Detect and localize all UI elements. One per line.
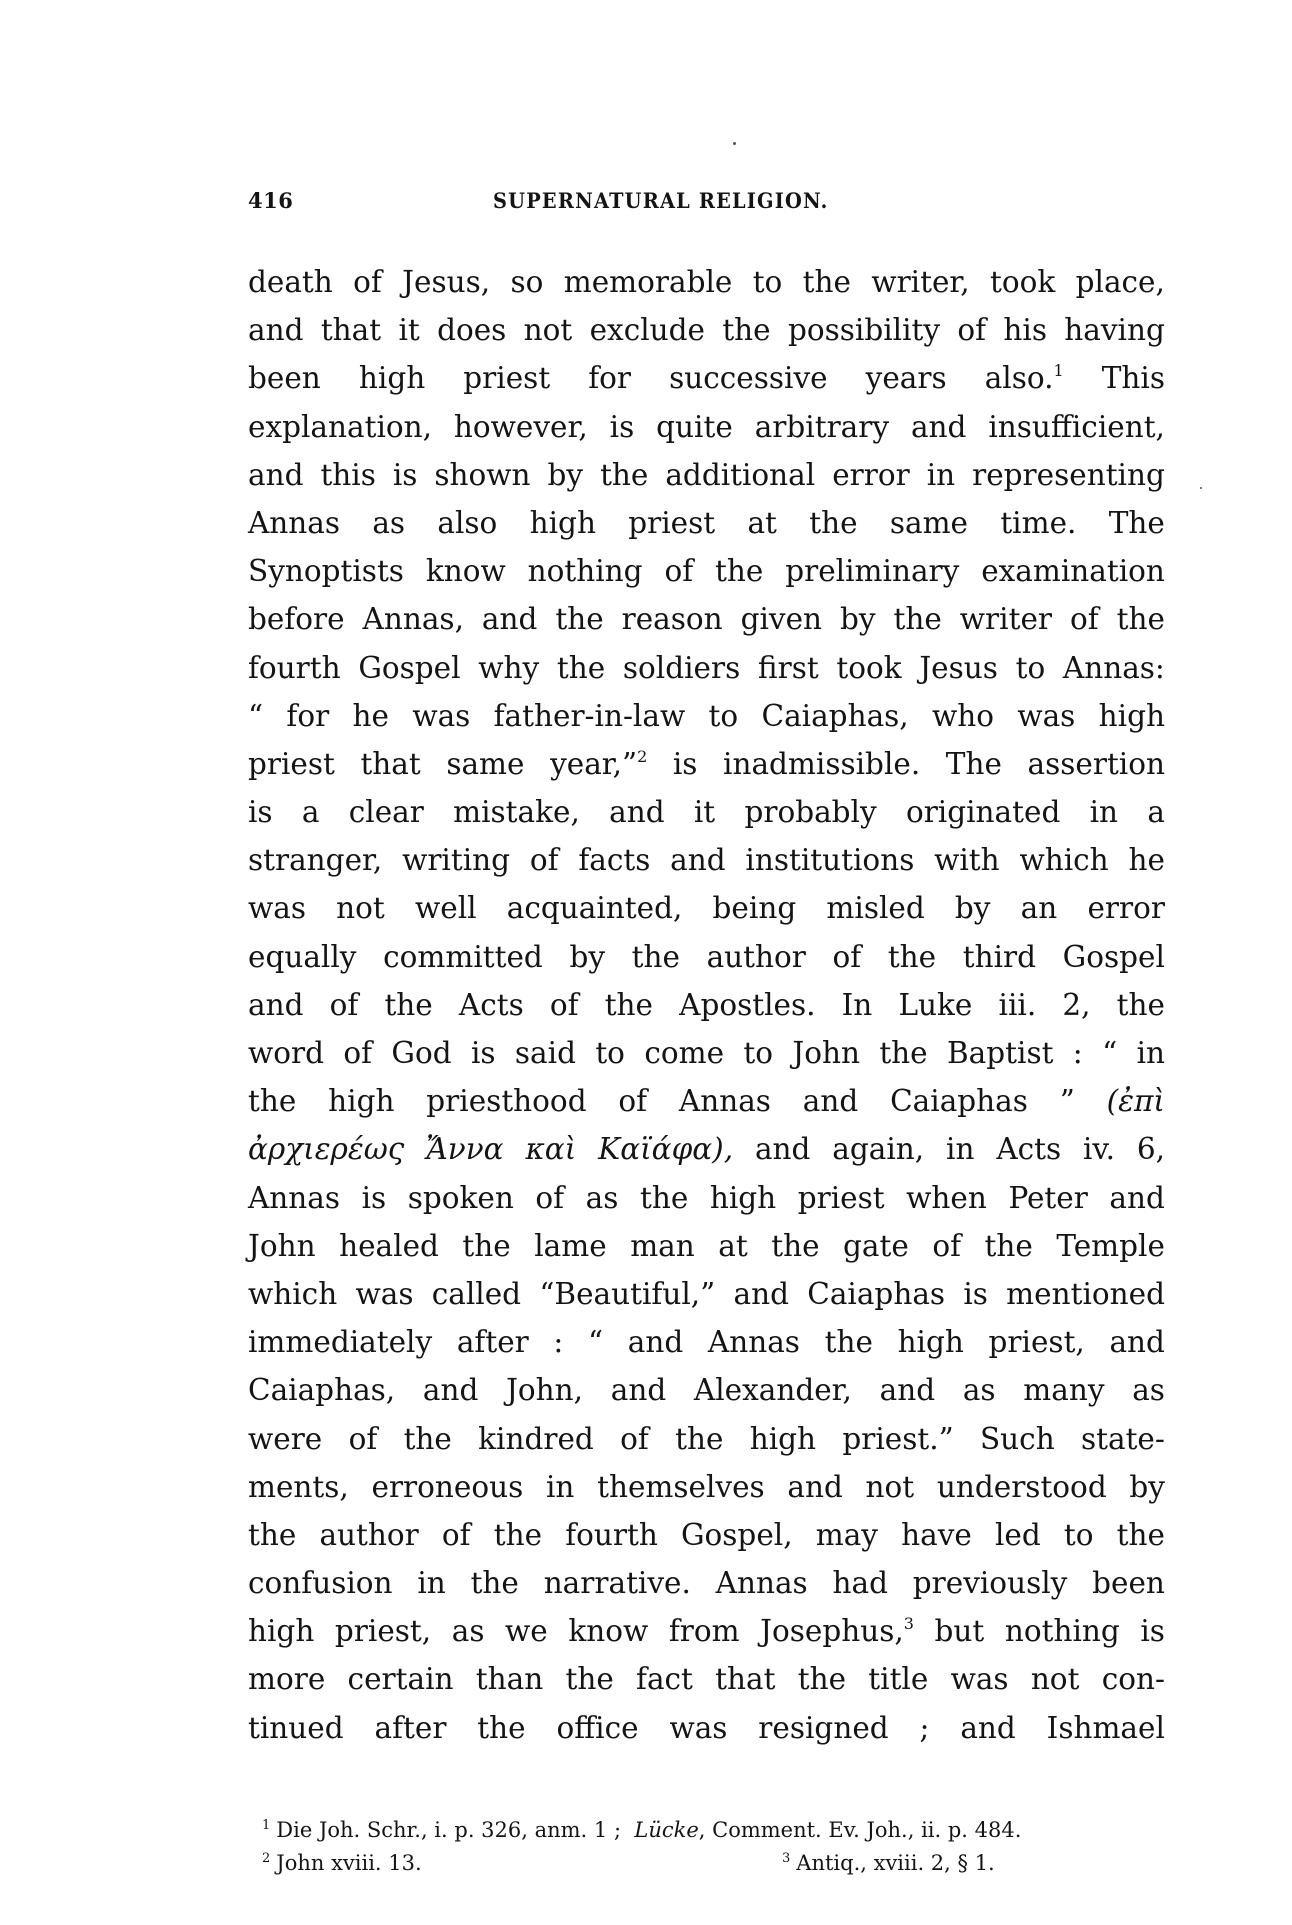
word: is <box>673 740 698 788</box>
word: Gospel <box>1063 933 1165 981</box>
word: the <box>600 451 648 499</box>
word: shown <box>434 451 530 499</box>
word: the <box>605 981 653 1029</box>
word: third <box>963 933 1036 981</box>
word: also.1 <box>985 354 1064 402</box>
word: know <box>568 1607 648 1655</box>
text-line: Synoptistsknownothingofthepreliminaryexa… <box>248 547 1165 595</box>
text-line: wordofGodissaidtocometoJohntheBaptist:“i… <box>248 1029 1165 1077</box>
word: high <box>750 1415 816 1463</box>
word: why <box>478 644 539 692</box>
word: nothing <box>1005 1607 1120 1655</box>
word: year,”2 <box>550 740 647 788</box>
text-line: wereofthekindredofthehighpriest.”Suchsta… <box>248 1415 1165 1463</box>
word: was <box>669 1704 727 1752</box>
word: con- <box>1102 1655 1165 1703</box>
word: immediately <box>248 1318 432 1366</box>
word: to <box>1064 1511 1094 1559</box>
word: and <box>960 1704 1015 1752</box>
text-line: beenhighpriestforsuccessiveyearsalso.1Th… <box>248 354 1165 402</box>
word: office <box>556 1704 638 1752</box>
word: writer, <box>871 258 969 306</box>
word: more <box>248 1655 325 1703</box>
word: which <box>248 1270 337 1318</box>
word: Caiaphas <box>807 1270 945 1318</box>
word: the <box>640 1174 688 1222</box>
word: the <box>248 1077 296 1125</box>
word: priest <box>248 740 335 788</box>
footnote-marker: 1 <box>262 1818 270 1833</box>
text-line: andthatitdoesnotexcludethepossibilityofh… <box>248 306 1165 354</box>
word: and <box>734 1270 789 1318</box>
text-line: theauthorofthefourthGospel,mayhaveledtot… <box>248 1511 1165 1559</box>
word: is <box>963 1270 988 1318</box>
word: “ <box>588 1318 603 1366</box>
word: was <box>355 1270 413 1318</box>
text-line: confusioninthenarrative.Annashadprevious… <box>248 1559 1165 1607</box>
word: representing <box>972 451 1165 499</box>
word: Annas <box>248 1174 340 1222</box>
word: he <box>353 692 389 740</box>
word: and <box>1109 1318 1164 1366</box>
text-line: fourthGospelwhythesoldiersfirsttookJesus… <box>248 644 1165 692</box>
word: the <box>462 1222 510 1270</box>
word: spoken <box>408 1174 514 1222</box>
word: is <box>393 451 418 499</box>
word: “ <box>1102 1029 1117 1077</box>
word: before <box>248 595 345 643</box>
word: of <box>530 836 559 884</box>
word: first <box>758 644 819 692</box>
word: took <box>990 258 1055 306</box>
word: Apostles. <box>679 981 815 1029</box>
print-speck <box>1200 487 1202 489</box>
text-line: ἀρχιερέωςἌννακαὶΚαϊάφα),andagain,inActsi… <box>248 1125 1165 1173</box>
footnote-marker: 3 <box>782 1851 790 1866</box>
word: and <box>609 788 664 836</box>
word: to <box>1016 644 1046 692</box>
word: Caiaphas, <box>248 1366 395 1414</box>
word: clear <box>349 788 424 836</box>
word: ments, <box>248 1463 349 1511</box>
word: Caiaphas, <box>762 692 909 740</box>
word: after <box>375 1704 447 1752</box>
word: Baptist <box>947 1029 1053 1077</box>
word: ἀρχιερέως <box>248 1125 404 1173</box>
word: by <box>548 451 584 499</box>
word: as <box>586 1174 619 1222</box>
word: Temple <box>1056 1222 1165 1270</box>
word: and <box>911 403 966 451</box>
word: certain <box>348 1655 454 1703</box>
word: but <box>935 1607 985 1655</box>
word: understood <box>937 1463 1107 1511</box>
word: the <box>404 1415 452 1463</box>
text-line: tinuedaftertheofficewasresigned;andIshma… <box>248 1704 1165 1752</box>
word: the <box>809 499 857 547</box>
running-header: 416 SUPERNATURAL RELIGION. <box>248 188 1165 218</box>
text-line: deathofJesus,somemorabletothewriter,took… <box>248 258 1165 306</box>
word: in <box>1090 788 1118 836</box>
word: The <box>946 740 1002 788</box>
text-line: highpriest,asweknowfromJosephus,3butnoth… <box>248 1607 1165 1655</box>
word: the <box>1117 1511 1165 1559</box>
word: of <box>620 1415 649 1463</box>
word: author <box>319 1511 418 1559</box>
word: priesthood <box>426 1077 586 1125</box>
word: also <box>437 499 497 547</box>
word: high <box>248 1607 314 1655</box>
word: was <box>951 1655 1009 1703</box>
word: confusion <box>248 1559 393 1607</box>
word: for <box>286 692 329 740</box>
word: had <box>832 1559 887 1607</box>
word: the <box>888 933 936 981</box>
word: and <box>880 1366 935 1414</box>
word: successive <box>669 354 827 402</box>
word: the <box>803 258 851 306</box>
word: took <box>836 644 901 692</box>
word: is <box>362 1174 387 1222</box>
word: healed <box>339 1222 439 1270</box>
footnote-text: , Comment. Ev. Joh., ii. p. 484. <box>699 1818 1022 1842</box>
word: 2, <box>1062 981 1090 1029</box>
word: not <box>1031 1655 1080 1703</box>
word: at <box>718 1222 747 1270</box>
word: same <box>890 499 968 547</box>
word: in <box>1137 1029 1165 1077</box>
word: Josephus,3 <box>760 1607 914 1655</box>
word: he <box>1128 836 1164 884</box>
word: of <box>833 933 862 981</box>
text-line: morecertainthanthefactthatthetitlewasnot… <box>248 1655 1165 1703</box>
word: and <box>628 1318 683 1366</box>
word: error <box>832 451 910 499</box>
word: Annas <box>708 1318 800 1366</box>
word: Annas: <box>1063 644 1165 692</box>
word: “ <box>248 692 263 740</box>
word: called <box>432 1270 521 1318</box>
word: we <box>505 1607 548 1655</box>
word: narrative. <box>544 1559 691 1607</box>
word: : <box>1073 1029 1083 1077</box>
word: preliminary <box>785 547 959 595</box>
word: of <box>353 258 382 306</box>
word: Καϊάφα), <box>598 1125 733 1173</box>
word: a <box>302 788 320 836</box>
text-line: AnnasisspokenofasthehighpriestwhenPetera… <box>248 1174 1165 1222</box>
word: committed <box>383 933 543 981</box>
word: father-in-law <box>494 692 686 740</box>
word: the <box>1117 595 1165 643</box>
word: the <box>879 1029 927 1077</box>
word: inadmissible. <box>723 740 920 788</box>
word: of <box>550 981 579 1029</box>
word: Gospel <box>358 644 460 692</box>
word: the <box>494 1511 542 1559</box>
text-line: equallycommittedbytheauthorofthethirdGos… <box>248 933 1165 981</box>
word: and <box>611 1366 666 1414</box>
word: word <box>248 1029 324 1077</box>
word: the <box>771 1222 819 1270</box>
footnote-ref: 1 <box>1053 361 1063 380</box>
word: to <box>743 1029 773 1077</box>
word: the <box>798 1655 846 1703</box>
word: to <box>595 1029 625 1077</box>
word: may <box>816 1511 878 1559</box>
word: an <box>1021 884 1058 932</box>
word: institutions <box>745 836 914 884</box>
word: This <box>1102 354 1165 402</box>
word: in <box>546 1463 574 1511</box>
word: Gospel, <box>681 1511 793 1559</box>
word: priest <box>628 499 715 547</box>
text-line: Annasasalsohighpriestatthesametime.The <box>248 499 1165 547</box>
word: as <box>372 499 405 547</box>
word: of <box>535 1174 564 1222</box>
word: mentioned <box>1006 1270 1165 1318</box>
word: it <box>398 306 419 354</box>
word: John <box>792 1029 860 1077</box>
word: that <box>715 1655 775 1703</box>
word: : <box>553 1318 563 1366</box>
word: being <box>713 884 797 932</box>
word: have <box>901 1511 972 1559</box>
word: arbitrary <box>755 403 889 451</box>
text-line: immediatelyafter:“andAnnasthehighpriest,… <box>248 1318 1165 1366</box>
word: explanation, <box>248 403 432 451</box>
word: John <box>248 1222 316 1270</box>
word: high <box>1099 692 1165 740</box>
word: and <box>787 1463 842 1511</box>
word: the <box>248 1511 296 1559</box>
word: and <box>248 306 303 354</box>
word: in <box>946 1125 974 1173</box>
word: additional <box>665 451 815 499</box>
word: fact <box>636 1655 693 1703</box>
word: were <box>248 1415 322 1463</box>
word: themselves <box>597 1463 765 1511</box>
word: Annas, <box>363 595 464 643</box>
word: Caiaphas <box>890 1077 1028 1125</box>
word: fourth <box>248 644 341 692</box>
word: priest <box>463 354 550 402</box>
word: erroneous <box>372 1463 524 1511</box>
word: was <box>248 884 306 932</box>
word: the <box>557 644 605 692</box>
word: by <box>569 933 605 981</box>
word: which <box>1019 836 1108 884</box>
word: as <box>452 1607 485 1655</box>
word: having <box>1064 306 1165 354</box>
word: been <box>248 354 321 402</box>
word: equally <box>248 933 356 981</box>
word: man <box>630 1222 695 1270</box>
word: same <box>446 740 524 788</box>
word: state- <box>1081 1415 1165 1463</box>
word: after <box>457 1318 529 1366</box>
word: to <box>709 692 739 740</box>
word: well <box>415 884 477 932</box>
word: of <box>957 306 986 354</box>
word: does <box>437 306 506 354</box>
word: when <box>906 1174 987 1222</box>
page-number: 416 <box>248 188 293 213</box>
word: that <box>321 306 381 354</box>
word: καὶ <box>525 1125 576 1173</box>
word: Annas <box>679 1077 771 1125</box>
word: high <box>530 499 596 547</box>
word: The <box>1109 499 1165 547</box>
word: so <box>510 258 543 306</box>
word: ” <box>1060 1077 1075 1125</box>
word: not <box>866 1463 915 1511</box>
word: of <box>664 547 693 595</box>
word: and <box>755 1125 810 1173</box>
word: led <box>995 1511 1041 1559</box>
word: of <box>330 981 359 1029</box>
text-line: Caiaphas,andJohn,andAlexander,andasmanya… <box>248 1366 1165 1414</box>
text-line: priestthatsameyear,”2isinadmissible.Thea… <box>248 740 1165 788</box>
word: error <box>1087 884 1165 932</box>
word: this <box>320 451 375 499</box>
body-text: deathofJesus,somemorabletothewriter,took… <box>248 258 1165 1752</box>
word: facts <box>578 836 650 884</box>
word: insufficient, <box>988 403 1165 451</box>
word: Ἄννα <box>426 1125 503 1173</box>
word: In <box>842 981 873 1029</box>
footnote-1: 1Die Joh. Schr., i. p. 326, anm. 1 ; Lüc… <box>262 1818 1021 1842</box>
word: originated <box>906 788 1060 836</box>
book-page: 416 SUPERNATURAL RELIGION. deathofJesus,… <box>0 0 1292 1925</box>
word: come <box>644 1029 724 1077</box>
word: mistake, <box>453 788 580 836</box>
word: his <box>1003 306 1047 354</box>
word: been <box>1092 1559 1165 1607</box>
word: writer <box>960 595 1052 643</box>
word: gate <box>843 1222 909 1270</box>
word: that <box>360 740 420 788</box>
word: and <box>1109 1174 1164 1222</box>
word: by <box>840 595 876 643</box>
word: nothing <box>528 547 643 595</box>
word: previously <box>913 1559 1068 1607</box>
word: of <box>349 1415 378 1463</box>
word: tinued <box>248 1704 344 1752</box>
word: Alexander, <box>694 1366 852 1414</box>
word: author <box>707 933 806 981</box>
word: the <box>1117 981 1165 1029</box>
word: priest <box>798 1174 885 1222</box>
word: by <box>1129 1463 1165 1511</box>
word: priest, <box>989 1318 1085 1366</box>
word: the <box>985 1222 1033 1270</box>
word: John, <box>506 1366 583 1414</box>
word: time. <box>1000 499 1076 547</box>
word: death <box>248 258 333 306</box>
word: it <box>694 788 715 836</box>
footnote-text: Die Joh. Schr., i. p. 326, anm. 1 ; <box>276 1818 621 1842</box>
word: (ἐπὶ <box>1107 1077 1165 1125</box>
word: high <box>359 354 425 402</box>
text-line: JohnhealedthelamemanatthegateoftheTemple <box>248 1222 1165 1270</box>
word: in <box>927 451 955 499</box>
word: fourth <box>565 1511 658 1559</box>
word: as <box>963 1366 996 1414</box>
word: a <box>1147 788 1165 836</box>
word: the <box>384 981 432 1029</box>
footnote-text: Antiq., xviii. 2, § 1. <box>796 1851 994 1875</box>
word: title <box>868 1655 928 1703</box>
word: the <box>555 595 603 643</box>
word: priest.” <box>842 1415 953 1463</box>
word: assertion <box>1028 740 1165 788</box>
text-line: explanation,however,isquitearbitraryandi… <box>248 403 1165 451</box>
word: and <box>482 595 537 643</box>
word: and <box>248 451 303 499</box>
word: resigned <box>758 1704 888 1752</box>
word: exclude <box>590 306 705 354</box>
print-speck <box>733 142 736 145</box>
word: misled <box>826 884 924 932</box>
word: priest, <box>335 1607 431 1655</box>
word: by <box>955 884 991 932</box>
word: than <box>476 1655 543 1703</box>
word: iii. <box>999 981 1037 1029</box>
word: reason <box>622 595 723 643</box>
footnote-ref: 3 <box>904 1614 914 1633</box>
footnote-ref: 2 <box>637 747 647 766</box>
word: of <box>618 1077 647 1125</box>
word: again, <box>832 1125 924 1173</box>
text-line: thehighpriesthoodofAnnasandCaiaphas”(ἐπὶ <box>248 1077 1165 1125</box>
word: “Beautiful,” <box>539 1270 715 1318</box>
footnote-italic-author: Lücke <box>634 1818 698 1842</box>
text-line: whichwascalled“Beautiful,”andCaiaphasism… <box>248 1270 1165 1318</box>
word: kindred <box>478 1415 594 1463</box>
word: of <box>442 1511 471 1559</box>
word: examination <box>981 547 1165 595</box>
word: ; <box>920 1704 930 1752</box>
word: and <box>248 981 303 1029</box>
word: high <box>710 1174 776 1222</box>
word: in <box>417 1559 445 1607</box>
text-line: wasnotwellacquainted,beingmisledbyanerro… <box>248 884 1165 932</box>
word: for <box>588 354 631 402</box>
word: at <box>747 499 776 547</box>
word: stranger, <box>248 836 382 884</box>
word: Luke <box>898 981 972 1029</box>
word: God <box>391 1029 451 1077</box>
word: was <box>412 692 470 740</box>
word: is <box>471 1029 496 1077</box>
word: the <box>675 1415 723 1463</box>
word: and <box>670 836 725 884</box>
word: memorable <box>564 258 733 306</box>
footnote-marker: 2 <box>262 1851 270 1866</box>
word: Peter <box>1008 1174 1087 1222</box>
text-line: beforeAnnas,andthereasongivenbythewriter… <box>248 595 1165 643</box>
word: who <box>932 692 994 740</box>
text-line: andthisisshownbytheadditionalerrorinrepr… <box>248 451 1165 499</box>
word: to <box>753 258 783 306</box>
word: know <box>426 547 506 595</box>
word: Ishmael <box>1047 1704 1165 1752</box>
word: Annas <box>248 499 340 547</box>
text-line: isaclearmistake,anditprobablyoriginatedi… <box>248 788 1165 836</box>
word: lame <box>534 1222 606 1270</box>
word: of <box>343 1029 372 1077</box>
